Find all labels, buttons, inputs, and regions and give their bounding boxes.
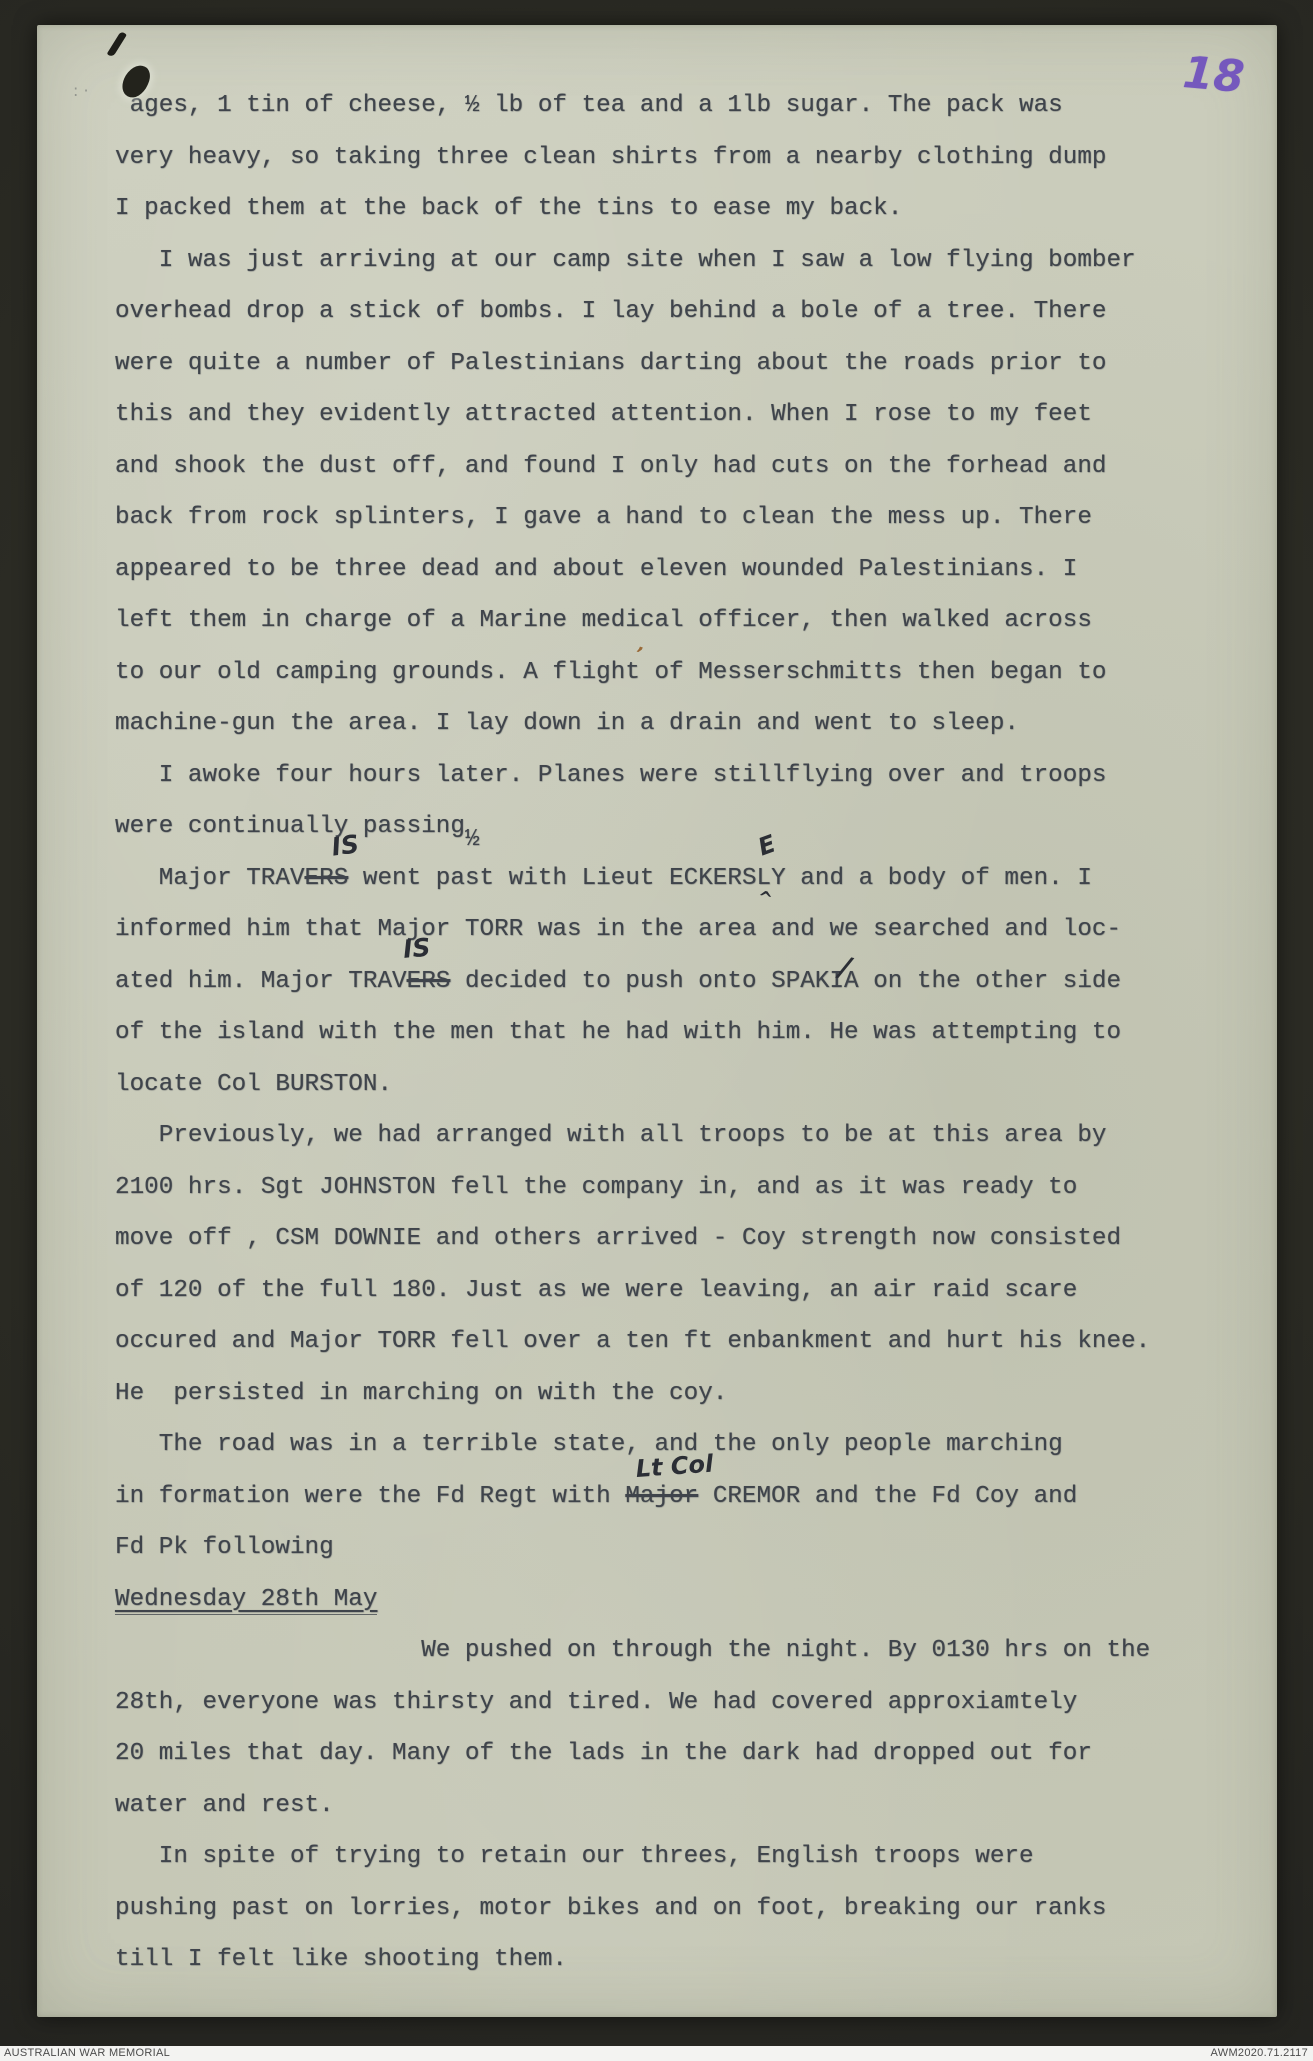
- typed-text-segment: Fd Pk following: [115, 1534, 334, 1561]
- typed-line: We pushed on through the night. By 0130 …: [115, 1625, 1150, 1677]
- footer-institution-label: AUSTRALIAN WAR MEMORIAL: [4, 2047, 170, 2059]
- typed-line: back from rock splinters, I gave a hand …: [115, 492, 1150, 544]
- typed-text-segment: He persisted in marching on with the coy…: [115, 1380, 727, 1407]
- typed-text-segment: I packed them at the back of the tins to…: [115, 195, 902, 222]
- typed-text-segment: locate Col BURSTON.: [115, 1071, 392, 1098]
- typed-text-segment: ages, 1 tin of cheese, ½ lb of tea and a…: [115, 92, 1063, 119]
- typed-text-segment: occured and Major TORR fell over a ten f…: [115, 1328, 1150, 1355]
- typed-text-segment: ERS: [305, 865, 349, 892]
- typed-text-segment: this and they evidently attracted attent…: [115, 401, 1092, 428]
- typed-text-segment: water and rest.: [115, 1792, 334, 1819]
- typed-line: informed him that Major TORR was in the …: [115, 904, 1150, 956]
- pen-stroke-mark: [107, 31, 127, 58]
- typed-text-segment: decided to push onto SPAKIA on the other…: [450, 968, 1121, 995]
- typed-text-segment: machine-gun the area. I lay down in a dr…: [115, 710, 1019, 737]
- typed-line: left them in charge of a Marine medical …: [115, 595, 1150, 647]
- typed-text-segment: of the island with the men that he had w…: [115, 1019, 1121, 1046]
- typed-line: Previously, we had arranged with all tro…: [115, 1110, 1150, 1162]
- typed-line: locate Col BURSTON.: [115, 1059, 1150, 1111]
- typed-text-segment: informed him that Major TORR was in the …: [115, 916, 1121, 943]
- typed-text-segment: were continually passing: [115, 813, 465, 840]
- typed-line: this and they evidently attracted attent…: [115, 389, 1150, 441]
- handwritten-correction-is-1: IS: [330, 831, 361, 860]
- typed-lines: ages, 1 tin of cheese, ½ lb of tea and a…: [115, 80, 1150, 1986]
- footer-accession-number: AWM2020.71.2117: [1211, 2047, 1308, 2059]
- typed-text-segment: The road was in a terrible state, and th…: [115, 1431, 1063, 1458]
- typed-line: I packed them at the back of the tins to…: [115, 183, 1150, 235]
- typed-text-segment: 2100 hrs. Sgt JOHNSTON fell the company …: [115, 1174, 1077, 1201]
- typed-line: till I felt like shooting them.: [115, 1934, 1150, 1986]
- typed-text-segment: In spite of trying to retain our threes,…: [115, 1843, 1034, 1870]
- typed-text-segment: and shook the dust off, and found I only…: [115, 453, 1106, 480]
- typed-text-segment: We pushed on through the night. By 0130 …: [115, 1637, 1150, 1664]
- paper-page: ages, 1 tin of cheese, ½ lb of tea and a…: [37, 25, 1277, 2017]
- typed-line: Major TRAVERS went past with Lieut ECKER…: [115, 853, 1150, 905]
- typed-line: and shook the dust off, and found I only…: [115, 441, 1150, 493]
- page-number: 18: [1181, 51, 1246, 100]
- typed-text-segment: of 120 of the full 180. Just as we were …: [115, 1277, 1077, 1304]
- handwritten-correction-is-2: IS: [402, 935, 431, 962]
- typed-line: Wednesday 28th May: [115, 1574, 1150, 1626]
- typed-text-segment: move off , CSM DOWNIE and others arrived…: [115, 1225, 1121, 1252]
- typed-line: 28th, everyone was thirsty and tired. We…: [115, 1677, 1150, 1729]
- typed-line: to our old camping grounds. A flight of …: [115, 647, 1150, 699]
- typed-text-segment: were quite a number of Palestinians dart…: [115, 350, 1106, 377]
- typed-line: Fd Pk following: [115, 1522, 1150, 1574]
- typed-line: of 120 of the full 180. Just as we were …: [115, 1265, 1150, 1317]
- handwritten-caret: ^: [756, 889, 774, 909]
- typed-text-segment: in formation were the Fd Regt with: [115, 1483, 625, 1510]
- typed-text-segment: to our old camping grounds. A flight of …: [115, 659, 1106, 686]
- typed-line: appeared to be three dead and about elev…: [115, 544, 1150, 596]
- typed-text-segment: CREMOR and the Fd Coy and: [698, 1483, 1077, 1510]
- typed-text-segment: till I felt like shooting them.: [115, 1946, 567, 1973]
- handwritten-correction-ltcol: Lt Col: [635, 1452, 714, 1481]
- typed-line: In spite of trying to retain our threes,…: [115, 1831, 1150, 1883]
- typed-text-segment: pushing past on lorries, motor bikes and…: [115, 1895, 1106, 1922]
- typed-text-segment: ½: [465, 814, 480, 866]
- typed-line: very heavy, so taking three clean shirts…: [115, 132, 1150, 184]
- typed-text-segment: appeared to be three dead and about elev…: [115, 556, 1077, 583]
- typed-line: 2100 hrs. Sgt JOHNSTON fell the company …: [115, 1162, 1150, 1214]
- typed-line: I was just arriving at our camp site whe…: [115, 235, 1150, 287]
- typed-line: ages, 1 tin of cheese, ½ lb of tea and a…: [115, 80, 1150, 132]
- typed-line: The road was in a terrible state, and th…: [115, 1419, 1150, 1471]
- typed-line: in formation were the Fd Regt with Major…: [115, 1471, 1150, 1523]
- typed-text-segment: Major TRAV: [115, 865, 305, 892]
- typed-text-segment: left them in charge of a Marine medical …: [115, 607, 1092, 634]
- typed-text-segment: back from rock splinters, I gave a hand …: [115, 504, 1092, 531]
- typed-text-segment: Previously, we had arranged with all tro…: [115, 1122, 1106, 1149]
- typed-line: 20 miles that day. Many of the lads in t…: [115, 1728, 1150, 1780]
- typed-text-segment: 20 miles that day. Many of the lads in t…: [115, 1740, 1092, 1767]
- typed-text-segment: very heavy, so taking three clean shirts…: [115, 144, 1106, 171]
- typed-line: ated him. Major TRAVERS decided to push …: [115, 956, 1150, 1008]
- typed-line: move off , CSM DOWNIE and others arrived…: [115, 1213, 1150, 1265]
- typed-line: of the island with the men that he had w…: [115, 1007, 1150, 1059]
- typed-text-segment: Major: [625, 1483, 698, 1510]
- typed-line: were quite a number of Palestinians dart…: [115, 338, 1150, 390]
- margin-specks: : ·: [73, 83, 89, 99]
- footer-bar: AUSTRALIAN WAR MEMORIAL AWM2020.71.2117: [0, 2046, 1313, 2061]
- typed-text-segment: overhead drop a stick of bombs. I lay be…: [115, 298, 1106, 325]
- typed-text-segment: Wednesday 28th May: [115, 1586, 377, 1615]
- typed-line: occured and Major TORR fell over a ten f…: [115, 1316, 1150, 1368]
- typed-line: He persisted in marching on with the coy…: [115, 1368, 1150, 1420]
- typed-line: were continually passing½: [115, 801, 1150, 853]
- typed-text-segment: 28th, everyone was thirsty and tired. We…: [115, 1689, 1077, 1716]
- typed-line: I awoke four hours later. Planes were st…: [115, 750, 1150, 802]
- typed-line: overhead drop a stick of bombs. I lay be…: [115, 286, 1150, 338]
- typed-text-segment: I was just arriving at our camp site whe…: [115, 247, 1136, 274]
- typed-line: water and rest.: [115, 1780, 1150, 1832]
- typed-text-segment: ERS: [407, 968, 451, 995]
- typed-text-segment: I awoke four hours later. Planes were st…: [115, 762, 1106, 789]
- typed-text-segment: went past with Lieut ECKERSLY and a body…: [348, 865, 1092, 892]
- document-scan: ages, 1 tin of cheese, ½ lb of tea and a…: [0, 0, 1313, 2061]
- typed-line: pushing past on lorries, motor bikes and…: [115, 1883, 1150, 1935]
- typed-line: machine-gun the area. I lay down in a dr…: [115, 698, 1150, 750]
- typed-text-segment: ated him. Major TRAV: [115, 968, 407, 995]
